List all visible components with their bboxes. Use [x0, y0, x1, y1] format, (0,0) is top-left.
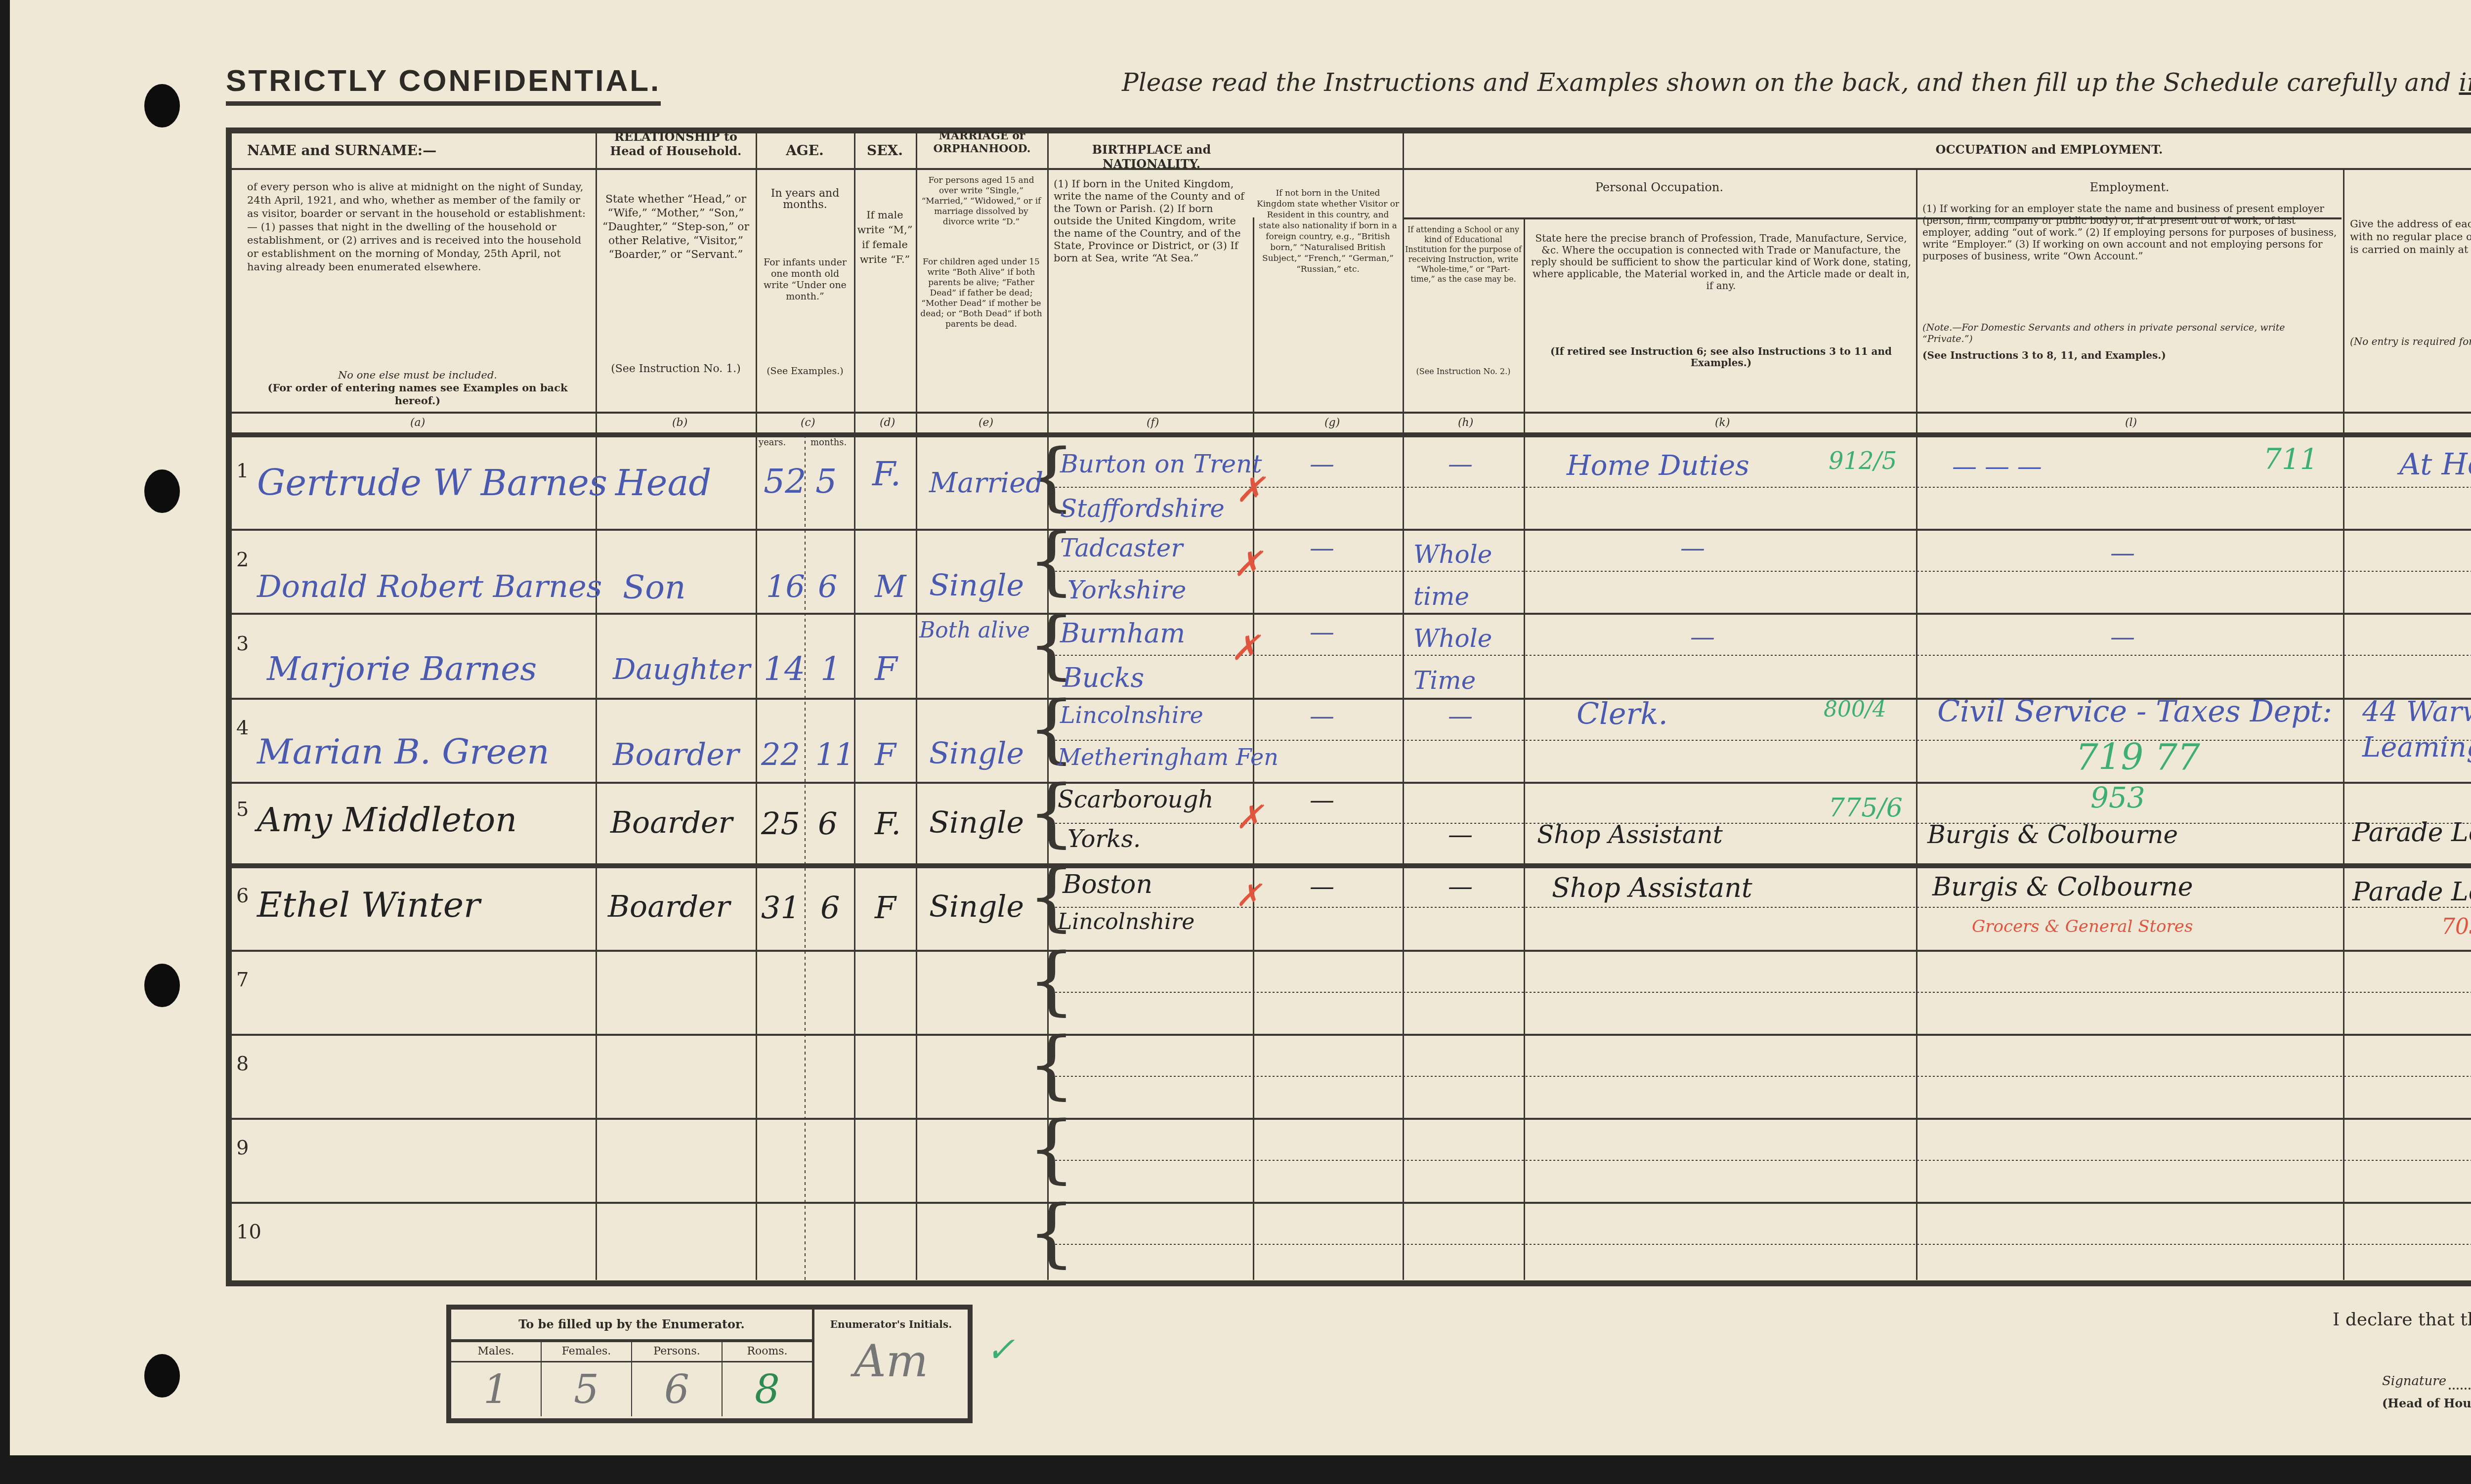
check-cross-icon: ✗ [1231, 628, 1260, 668]
person-name: Amy Middleton [257, 801, 517, 840]
checkmark-icon: ✓ [986, 1329, 1015, 1370]
person-name: Marjorie Barnes [267, 650, 537, 688]
employment-subtitle: Employment. [1916, 180, 2343, 194]
check-cross-icon: ✗ [1235, 798, 1263, 836]
person-relationship: Daughter [613, 652, 750, 686]
persons-count: 6 [632, 1362, 722, 1417]
enumerator-tally-box: To be filled up by the Enumerator. Males… [446, 1305, 973, 1423]
col-birthplace-title: BIRTHPLACE and NATIONALITY. [1053, 142, 1250, 171]
punch-hole [144, 1354, 180, 1398]
col-name-title: NAME and SURNAME:— [247, 142, 436, 159]
person-name: Marian B. Green [257, 731, 550, 772]
enumerator-initials: Am [814, 1335, 968, 1387]
person-relationship: Boarder [613, 736, 739, 772]
person-relationship: Boarder [610, 806, 732, 840]
col-age-title: AGE. [756, 142, 854, 159]
person-name: Donald Robert Barnes [257, 568, 602, 604]
males-count: 1 [451, 1362, 541, 1417]
person-relationship: Boarder [608, 890, 730, 924]
punch-hole [144, 84, 180, 127]
confidential-heading: STRICTLY CONFIDENTIAL. [226, 63, 661, 106]
check-cross-icon: ✗ [1235, 877, 1261, 913]
person-relationship: Head [615, 462, 711, 504]
females-count: 5 [542, 1362, 631, 1417]
fill-instructions: Please read the Instructions and Example… [1122, 68, 2471, 97]
col-marriage-title: MARRIAGE or ORPHANHOOD. [917, 129, 1047, 155]
person-name: Gertrude W Barnes [257, 462, 607, 504]
punch-hole [144, 964, 180, 1007]
check-cross-icon: ✗ [1233, 544, 1262, 584]
rooms-count: 8 [723, 1362, 812, 1417]
person-relationship: Son [623, 568, 685, 606]
check-cross-icon: ✗ [1235, 469, 1265, 510]
personal-occupation-subtitle: Personal Occupation. [1403, 180, 1916, 194]
col-relationship-title: RELATIONSHIP to Head of Household. [598, 129, 754, 158]
col-occupation-title: OCCUPATION and EMPLOYMENT. [1403, 142, 2471, 157]
person-name: Ethel Winter [257, 885, 480, 925]
col-sex-title: SEX. [854, 142, 916, 159]
declaration-text: I declare that this Schedule is correctl… [2333, 1310, 2471, 1330]
punch-hole [144, 469, 180, 513]
place-of-work-subtitle: Place of Work. [2343, 180, 2471, 194]
